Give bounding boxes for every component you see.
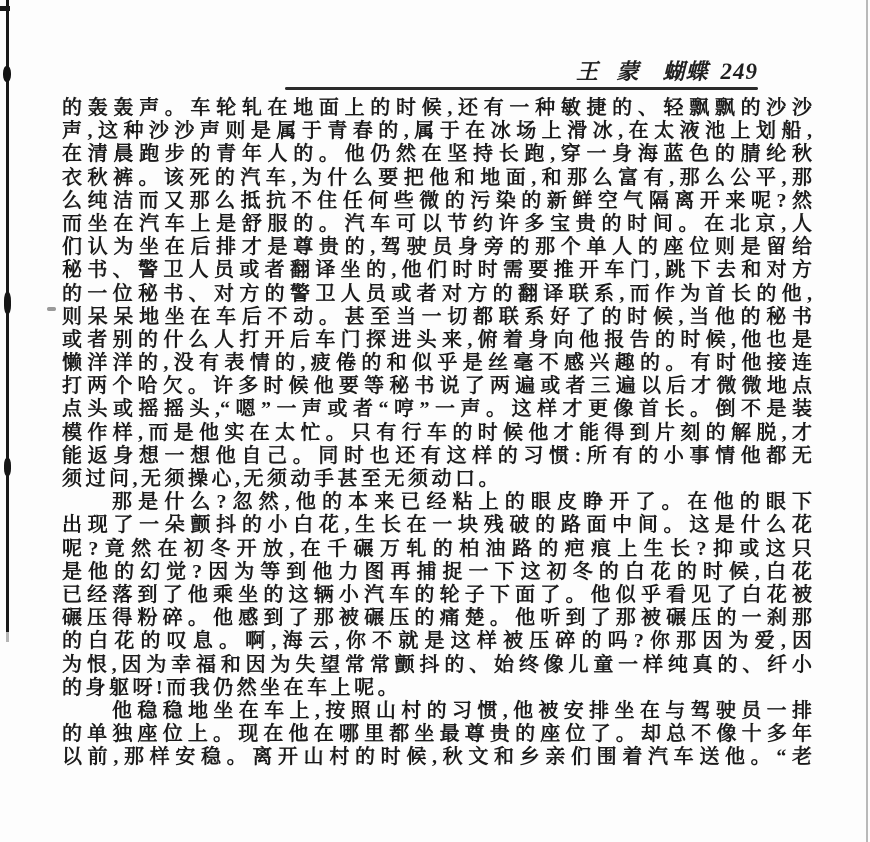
- text-line-paragraph-end: 须过问,无须操心,无须动手甚至无须动口。: [62, 468, 812, 491]
- scan-artifact-corner-tick: [0, 6, 10, 11]
- text-line: 在清晨跑步的青年人的。他仍然在坚持长跑,穿一身海蓝色的腈纶秋: [62, 143, 812, 166]
- scan-speck: [47, 307, 56, 311]
- text-line: 能返身想一想他自己。同时也还有这样的习惯:所有的小事情他都无: [62, 445, 812, 468]
- text-line: 已经落到了他乘坐的这辆小汽车的轮子下面了。他似乎看见了白花被: [62, 584, 812, 607]
- text-line: 的一位秘书、对方的警卫人员或者对方的翻译联系,而作为首长的他,: [62, 283, 812, 306]
- text-line: 出现了一朵颤抖的小白花,生长在一块残破的路面中间。这是什么花: [62, 514, 812, 537]
- text-line: 以前,那样安稳。离开山村的时候,秋文和乡亲们围着汽车送他。“老: [62, 746, 812, 769]
- scan-speck: [3, 66, 11, 82]
- text-line: 懒洋洋的,没有表情的,疲倦的和似乎是丝毫不感兴趣的。有时他接连: [62, 352, 812, 375]
- text-line: 或者别的什么人打开后车门探进头来,俯着身向他报告的时候,他也是: [62, 329, 812, 352]
- text-line: 而坐在汽车上是舒服的。汽车可以节约许多宝贵的时间。在北京,人: [62, 213, 812, 236]
- text-line: 呢?竟然在初冬开放,在千碾万轧的柏油路的疤痕上生长?抑或这只: [62, 538, 812, 561]
- scan-artifact-right-edge: [866, 0, 868, 842]
- text-line-paragraph-start: 那是什么?忽然,他的本来已经粘上的眼皮睁开了。在他的眼下: [62, 491, 812, 514]
- text-line: 碾压得粉碎。他感到了那被碾压的痛楚。他听到了那被碾压的一刹那: [62, 607, 812, 630]
- text-line: 么纯洁而又那么抵抗不住任何些微的污染的新鲜空气隔离开来呢?然: [62, 190, 812, 213]
- book-title: 蝴蝶: [662, 59, 708, 84]
- text-line: 为恨,因为幸福和因为失望常常颤抖的、始终像儿童一样纯真的、纤小: [62, 654, 812, 677]
- book-page: 王 蒙蝴蝶249 的轰轰声。车轮轧在地面上的时候,还有一种敏捷的、轻飘飘的沙沙 …: [0, 0, 870, 842]
- text-line: 秘书、警卫人员或者翻译坐的,他们时时需要推开车门,跳下去和对方: [62, 259, 812, 282]
- scan-artifact-left-bar: [6, 0, 9, 632]
- text-line: 的白花的叹息。啊,海云,你不就是这样被压碎的吗?你那因为爱,因: [62, 630, 812, 653]
- text-line: 打两个哈欠。许多时候他要等秘书说了两遍或者三遍以后才微微地点: [62, 375, 812, 398]
- body-text: 的轰轰声。车轮轧在地面上的时候,还有一种敏捷的、轻飘飘的沙沙 声,这种沙沙声则是…: [62, 97, 812, 769]
- scan-artifact-left-bar-fade: [6, 632, 9, 642]
- scan-speck: [4, 292, 11, 314]
- page-number: 249: [721, 59, 759, 84]
- text-line-paragraph-start: 他稳稳地坐在车上,按照山村的习惯,他被安排坐在与驾驶员一排: [62, 700, 812, 723]
- text-line-paragraph-end: 的身躯呀!而我仍然坐在车上呢。: [62, 677, 812, 700]
- text-line: 点头或摇摇头,“嗯”一声或者“哼”一声。这样才更像首长。倒不是装: [62, 398, 812, 421]
- header-rule: [285, 87, 758, 90]
- text-line: 声,这种沙沙声则是属于青春的,属于在冰场上滑冰,在太液池上划船,: [62, 120, 812, 143]
- text-line: 衣秋裤。该死的汽车,为什么要把他和地面,和那么富有,那么公平,那: [62, 167, 812, 190]
- text-line: 的单独座位上。现在他在哪里都坐最尊贵的座位了。却总不像十多年: [62, 723, 812, 746]
- author-name: 王 蒙: [576, 59, 641, 84]
- scan-speck: [4, 458, 11, 476]
- text-line: 们认为坐在后排才是尊贵的,驾驶员身旁的那个单人的座位则是留给: [62, 236, 812, 259]
- text-line: 则呆呆地坐在车后不动。甚至当一切都联系好了的时候,当他的秘书: [62, 306, 812, 329]
- text-line: 模作样,而是他实在太忙。只有行车的时候他才能得到片刻的解脱,才: [62, 422, 812, 445]
- running-header: 王 蒙蝴蝶249: [576, 58, 758, 86]
- text-line: 是他的幻觉?因为等到他力图再捕捉一下这初冬的白花的时候,白花: [62, 561, 812, 584]
- text-line: 的轰轰声。车轮轧在地面上的时候,还有一种敏捷的、轻飘飘的沙沙: [62, 97, 812, 120]
